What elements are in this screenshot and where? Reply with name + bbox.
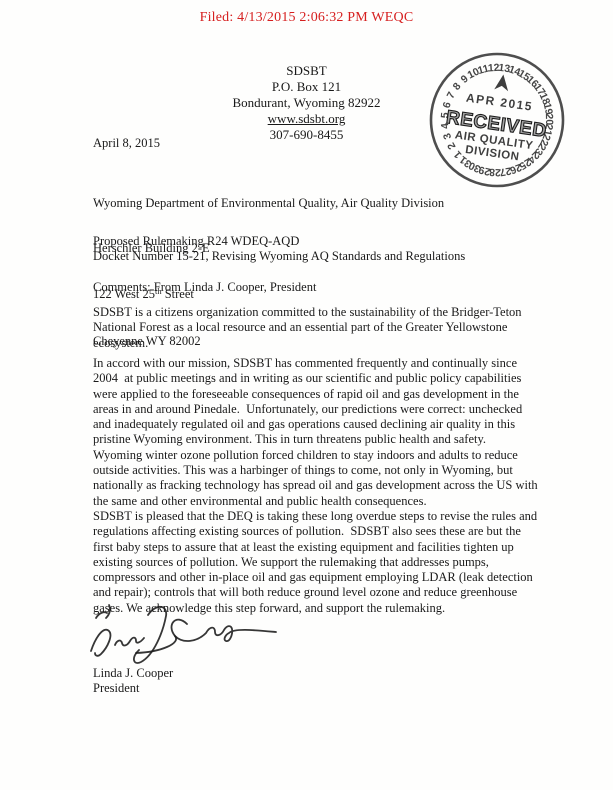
svg-text:3: 3 <box>441 131 454 140</box>
body-paragraph-2: In accord with our mission, SDSBT has co… <box>93 356 538 509</box>
signer-title: President <box>93 681 140 696</box>
signature-lambda-stroke <box>91 630 110 656</box>
signature-j-loop <box>134 607 166 663</box>
received-stamp: 1234567891011121314151617181920212223242… <box>423 50 571 195</box>
date-pointer-arrow-icon <box>494 73 510 91</box>
signature-inda-stroke <box>115 638 144 646</box>
svg-text:8: 8 <box>451 80 464 92</box>
subject-lines: Proposed Rulemaking R24 WDEQ-AQD Docket … <box>93 234 465 265</box>
comments-line: Comments: From Linda J. Cooper, Presiden… <box>93 280 316 295</box>
signature-tick-mark <box>96 612 107 618</box>
signature-c-sweep <box>136 620 187 653</box>
svg-text:2: 2 <box>445 140 458 151</box>
filed-banner: Filed: 4/13/2015 2:06:32 PM WEQC <box>0 10 613 26</box>
svg-text:7: 7 <box>445 90 458 101</box>
recipient-line-1: Wyoming Department of Environmental Qual… <box>93 196 444 211</box>
body-paragraph-1: SDSBT is a citizens organization committ… <box>93 305 522 351</box>
signature <box>84 598 289 673</box>
signature-oper-stroke <box>175 626 276 641</box>
scanned-letter-page: Filed: 4/13/2015 2:06:32 PM WEQC SDSBT P… <box>0 0 613 790</box>
signer-name: Linda J. Cooper <box>93 666 173 681</box>
signature-apostrophe-mark <box>106 605 110 618</box>
date-line: April 8, 2015 <box>93 136 160 151</box>
